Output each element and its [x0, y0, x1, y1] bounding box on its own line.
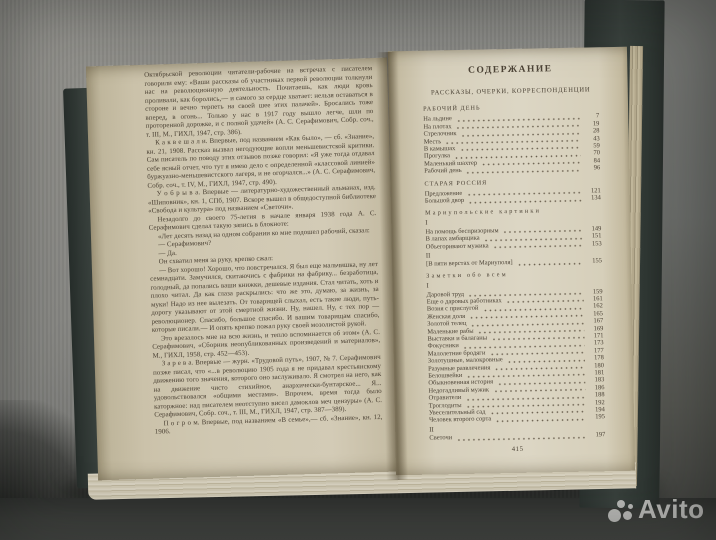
toc-item-page: 96 — [584, 165, 600, 173]
toc-section-header: СТАРАЯ РОССИЯ — [424, 177, 600, 188]
toc-section-header: Мариупольские картинки — [425, 206, 601, 217]
dot-leader — [468, 199, 582, 205]
watermark-brand-text: Avito — [638, 494, 705, 525]
toc-item-page: 197 — [589, 431, 605, 439]
right-page: СОДЕРЖАНИЕ РАССКАЗЫ, ОЧЕРКИ, КОРРЕСПОНДЕ… — [388, 47, 635, 476]
left-page-paragraph: — Вот хорошо! Хорошо, что повстречался. … — [150, 260, 380, 335]
toc-item-page: 153 — [586, 240, 602, 248]
avito-logo-icon — [608, 500, 636, 528]
avito-watermark: Avito — [608, 492, 716, 534]
left-page-paragraph: З а р е в а. Впервые — журн. «Трудовой п… — [153, 354, 383, 420]
contents-section: РАССКАЗЫ, ОЧЕРКИ, КОРРЕСПОНДЕНЦИИ — [423, 86, 599, 96]
toc-item-page: 195 — [589, 414, 605, 422]
dot-leader — [456, 435, 586, 441]
dot-leader — [493, 244, 583, 250]
dot-leader — [466, 168, 582, 174]
left-page-paragraph: К а к в е ш а л и. Впервые, под название… — [146, 133, 375, 191]
dot-leader — [517, 261, 583, 266]
left-page-paragraph: Октябрьской революции читатели-рабочие н… — [144, 65, 374, 140]
background-fabric-right — [660, 0, 716, 540]
toc-item-title: Рабочий день — [424, 167, 462, 175]
left-page-text: Октябрьской революции читатели-рабочие н… — [144, 65, 383, 437]
toc-section-header: РАБОЧИЙ ДЕНЬ — [423, 102, 599, 113]
toc-item-page: 134 — [585, 195, 601, 203]
toc-item-page: 155 — [586, 258, 602, 266]
toc-list: РАБОЧИЙ ДЕНЬНа льдине7На плотах19Стрелоч… — [423, 102, 605, 442]
toc-item-title: Светочи — [429, 434, 452, 442]
page-number: 415 — [430, 444, 606, 454]
left-page: Октябрьской революции читатели-рабочие н… — [86, 58, 399, 481]
contents-title: СОДЕРЖАНИЕ — [422, 63, 598, 76]
toc-item-title: Большой двор — [425, 197, 464, 205]
toc-section-header: Заметки обо всем — [426, 269, 602, 280]
photo-open-book: Октябрьской революции читатели-рабочие н… — [0, 0, 716, 540]
dot-leader — [495, 417, 586, 423]
toc-item-title: [В пяти верстах от Мариуполя] — [426, 259, 513, 268]
toc-item-title: Объегоривают мужика — [426, 242, 489, 251]
toc-item-title: Человек второго сорта — [429, 416, 491, 425]
table-of-contents: СОДЕРЖАНИЕ РАССКАЗЫ, ОЧЕРКИ, КОРРЕСПОНДЕ… — [422, 59, 605, 454]
